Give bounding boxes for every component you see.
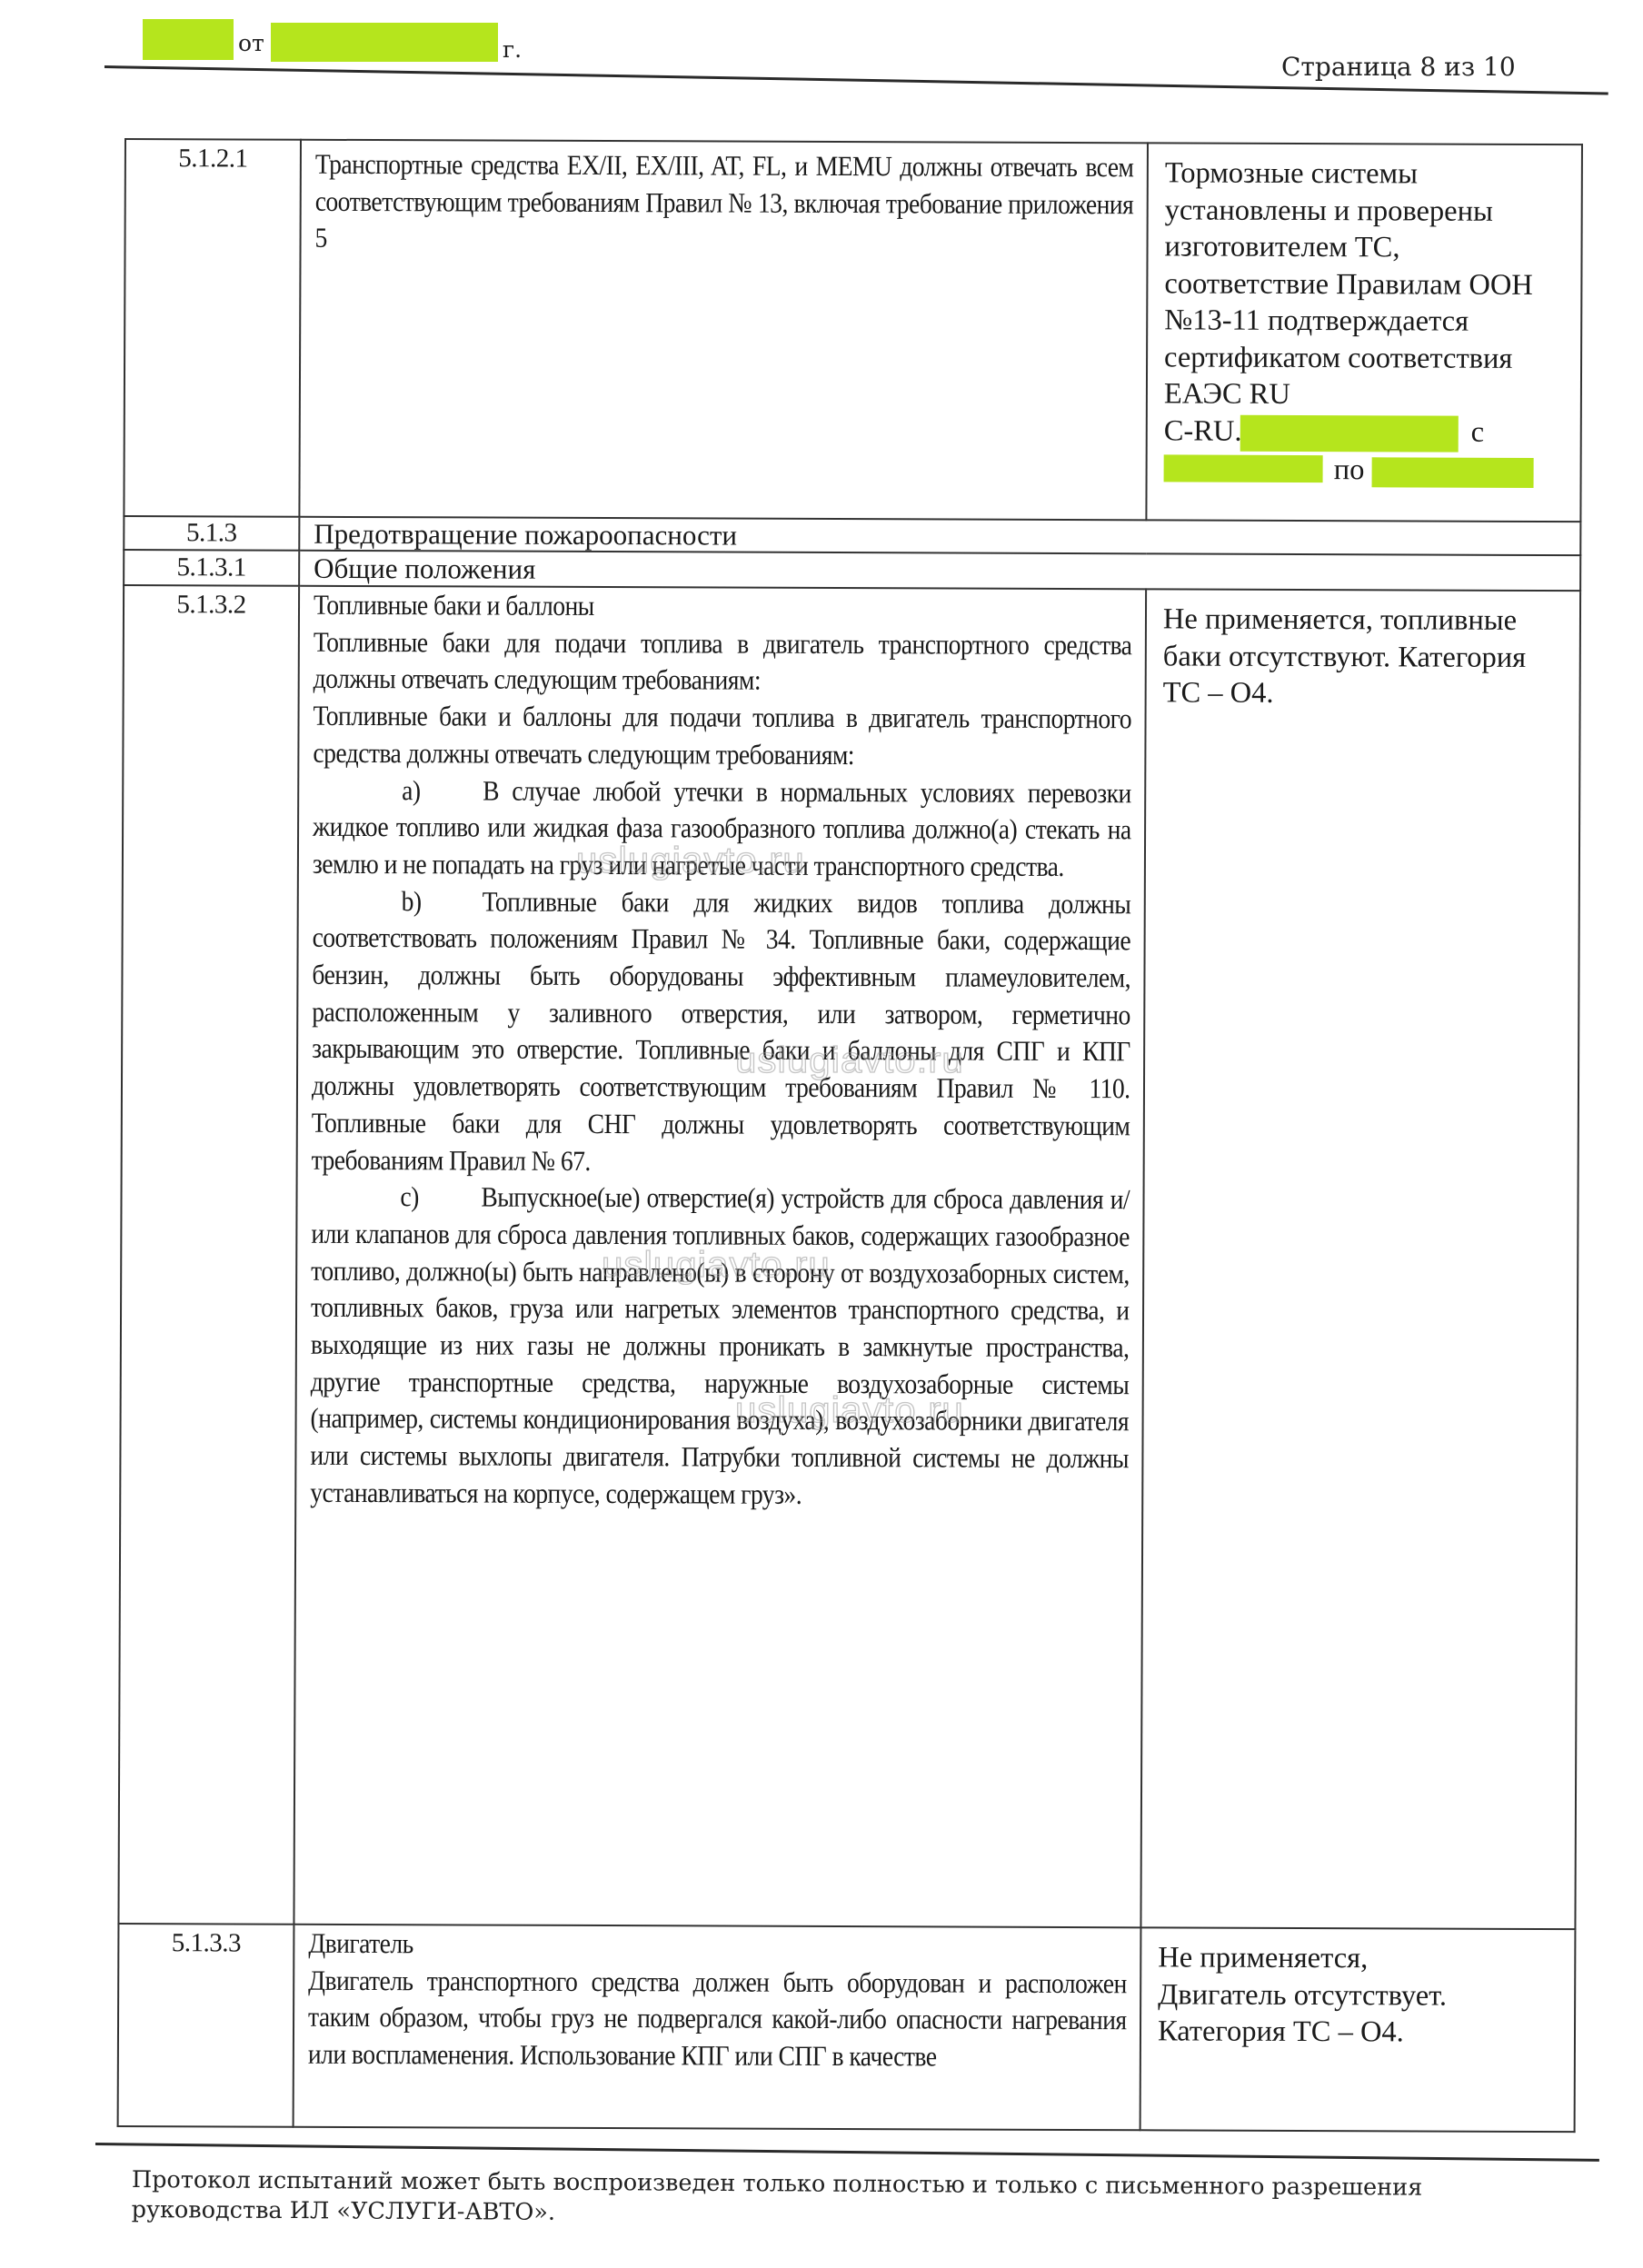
requirement-paragraph: Двигатель транспортного средства должен … bbox=[308, 1962, 1127, 2076]
requirement-cell: Транспортные средства EX/II, EX/III, AT,… bbox=[299, 140, 1148, 521]
requirement-item-c: c)Выпускное(ые) отверстие(я) устройств д… bbox=[310, 1179, 1130, 1515]
requirement-title: Двигатель bbox=[308, 1925, 1127, 1965]
requirement-cell: Топливные баки и баллоны Топливные баки … bbox=[294, 586, 1146, 1928]
requirements-table: 5.1.2.1 Транспортные средства EX/II, EX/… bbox=[117, 138, 1583, 2133]
section-title: Предотвращение пожароопасности bbox=[299, 517, 1580, 555]
certificate-number-line: C-RU. с bbox=[1164, 413, 1571, 453]
result-line: установлены и проверены bbox=[1165, 192, 1572, 230]
page-number-label: Страница 8 из 10 bbox=[1281, 52, 1516, 82]
redacted-protocol-number bbox=[143, 19, 234, 60]
footer-divider bbox=[95, 2143, 1599, 2162]
clause-number: 5.1.2.1 bbox=[124, 139, 301, 517]
item-label: c) bbox=[400, 1179, 481, 1216]
requirement-item-a: a)В случае любой утечки в нормальных усл… bbox=[313, 771, 1131, 886]
result-line: №13-11 подтверждается bbox=[1164, 302, 1571, 340]
requirement-item-b: b)Топливные баки для жидких видов топлив… bbox=[312, 882, 1131, 1181]
requirement-title: Топливные баки и баллоны bbox=[314, 587, 1132, 627]
requirement-paragraph: Топливные баки для подачи топлива в двиг… bbox=[314, 624, 1132, 701]
page-footer: Протокол испытаний может быть воспроизве… bbox=[132, 2165, 1604, 2234]
requirement-text: Транспортные средства EX/II, EX/III, AT,… bbox=[314, 146, 1133, 261]
result-line: соответствие Правилам ООН bbox=[1164, 265, 1571, 303]
table-row: 5.1.3.1 Общие положения bbox=[124, 550, 1580, 591]
result-cell: Не применяется, топливные баки отсутству… bbox=[1140, 589, 1580, 1929]
item-text: Топливные баки для жидких видов топлива … bbox=[312, 885, 1131, 1176]
table-row: 5.1.3.3 Двигатель Двигатель транспортног… bbox=[118, 1924, 1576, 2132]
result-line: баки отсутствуют. Категория bbox=[1163, 638, 1570, 676]
certificate-to-label: по bbox=[1334, 453, 1365, 486]
clause-number: 5.1.3.1 bbox=[124, 550, 299, 586]
result-line: ЕАЭС RU bbox=[1164, 375, 1571, 413]
redacted-valid-to-date bbox=[1371, 457, 1533, 488]
result-line: Не применяется, bbox=[1158, 1939, 1565, 1977]
item-label: a) bbox=[402, 772, 483, 810]
redacted-certificate-number bbox=[1240, 415, 1458, 453]
requirement-cell: Двигатель Двигатель транспортного средст… bbox=[294, 1925, 1141, 2131]
result-line: Категория ТС – О4. bbox=[1158, 2013, 1565, 2051]
table-row: 5.1.3.2 Топливные баки и баллоны Топливн… bbox=[118, 585, 1580, 1929]
header-year-suffix: г. bbox=[503, 36, 522, 63]
redacted-valid-from-date bbox=[1164, 454, 1323, 482]
clause-number: 5.1.3.2 bbox=[118, 585, 299, 1925]
clause-number: 5.1.3 bbox=[124, 516, 299, 551]
header-from-label: от bbox=[238, 30, 264, 56]
result-line: Не применяется, топливные bbox=[1163, 601, 1570, 639]
certificate-prefix: C-RU. bbox=[1164, 414, 1242, 447]
result-line: Тормозные системы bbox=[1165, 154, 1572, 193]
clause-number: 5.1.3.3 bbox=[118, 1924, 294, 2127]
result-cell: Тормозные системы установлены и проверен… bbox=[1146, 143, 1582, 522]
certificate-validity-line: по bbox=[1164, 451, 1571, 489]
result-line: ТС – О4. bbox=[1163, 674, 1570, 712]
result-cell: Не применяется, Двигатель отсутствует. К… bbox=[1140, 1927, 1576, 2132]
result-line: сертификатом соответствия bbox=[1164, 339, 1571, 377]
table-row: 5.1.3 Предотвращение пожароопасности bbox=[124, 516, 1580, 555]
table-row: 5.1.2.1 Транспортные средства EX/II, EX/… bbox=[124, 139, 1582, 522]
item-text: Выпускное(ые) отверстие(я) устройств для… bbox=[310, 1181, 1130, 1510]
result-line: Двигатель отсутствует. bbox=[1158, 1976, 1565, 2014]
certificate-from-label: с bbox=[1471, 415, 1485, 448]
requirement-paragraph: Топливные баки и баллоны для подачи топл… bbox=[313, 698, 1131, 775]
redacted-protocol-date bbox=[271, 23, 498, 62]
section-title: Общие положения bbox=[299, 551, 1580, 591]
item-label: b) bbox=[402, 883, 483, 920]
result-line: изготовителем ТС, bbox=[1164, 228, 1571, 266]
